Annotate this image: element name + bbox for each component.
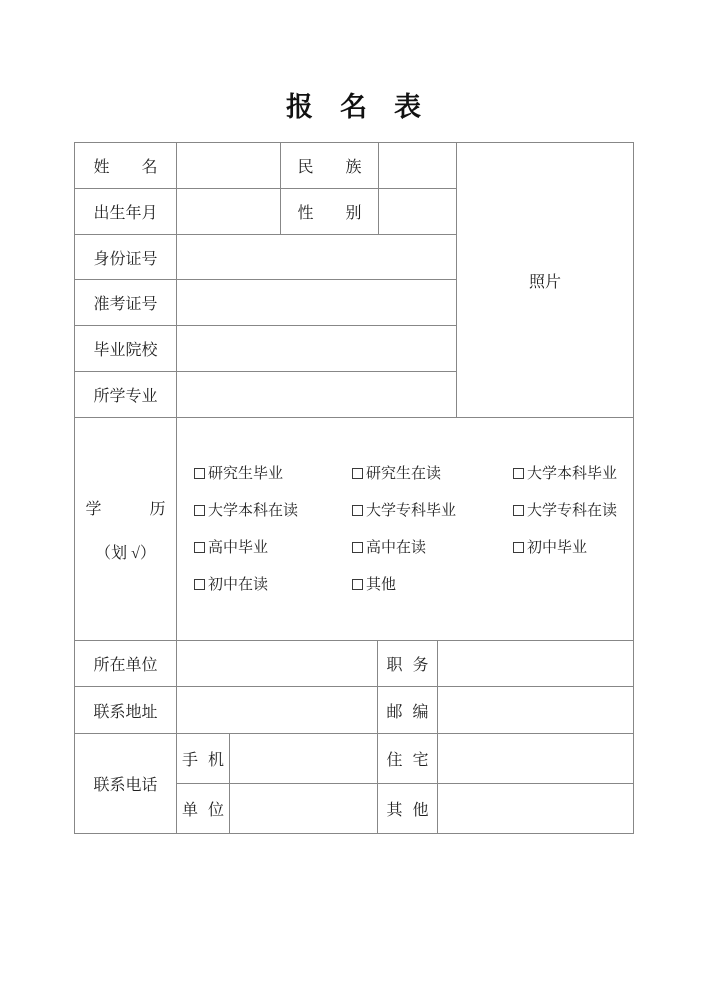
field-value-major[interactable]: [177, 372, 457, 418]
field-label-exam-number: 准考证号: [75, 280, 177, 326]
education-options-row: 初中在读 其他: [194, 577, 633, 593]
field-label-contact-phone: 联系电话: [75, 734, 177, 833]
field-label-birthdate: 出生年月: [75, 189, 177, 235]
phone-label-other: 其 他: [378, 784, 438, 833]
opt-postgrad-enrolled[interactable]: 研究生在读: [352, 466, 513, 482]
field-label-address: 联系地址: [75, 687, 177, 734]
field-label-major: 所学专业: [75, 372, 177, 418]
field-label-ethnicity: 民 族: [281, 143, 379, 189]
field-label-gender: 性 别: [281, 189, 379, 235]
opt-bachelor-enrolled[interactable]: 大学本科在读: [194, 503, 352, 519]
opt-highschool-enrolled[interactable]: 高中在读: [352, 540, 513, 556]
field-value-name[interactable]: [177, 143, 281, 189]
checkbox-icon: [352, 468, 363, 479]
phone-label-home: 住 宅: [378, 734, 438, 784]
checkbox-icon: [352, 542, 363, 553]
field-label-employer: 所在单位: [75, 641, 177, 687]
field-value-id-number[interactable]: [177, 235, 457, 280]
field-value-address[interactable]: [177, 687, 378, 734]
registration-form-page: 报 名 表 姓 名 民 族 照片 出生年月 性 别 身份证号 准考证号 毕业院校…: [0, 0, 707, 1000]
checkbox-icon: [194, 505, 205, 516]
phone-value-mobile[interactable]: [230, 734, 378, 784]
field-value-gender[interactable]: [379, 189, 457, 235]
phone-value-work[interactable]: [230, 784, 378, 833]
photo-placeholder-cell: 照片: [457, 143, 633, 418]
checkbox-icon: [194, 542, 205, 553]
opt-highschool-graduated[interactable]: 高中毕业: [194, 540, 352, 556]
field-label-name: 姓 名: [75, 143, 177, 189]
checkbox-icon: [513, 468, 524, 479]
field-value-graduate-school[interactable]: [177, 326, 457, 372]
checkbox-icon: [194, 579, 205, 590]
education-label-line1: 学 历: [85, 496, 165, 519]
opt-middleschool-enrolled[interactable]: 初中在读: [194, 577, 352, 593]
opt-middleschool-graduated[interactable]: 初中毕业: [513, 540, 633, 556]
education-label-line2: （划 √）: [95, 540, 156, 563]
education-options-row: 研究生毕业 研究生在读 大学本科毕业: [194, 466, 633, 482]
field-label-postcode: 邮 编: [378, 687, 438, 734]
photo-label: 照片: [529, 269, 561, 292]
opt-college-graduated[interactable]: 大学专科毕业: [352, 503, 513, 519]
checkbox-icon: [513, 505, 524, 516]
page-title: 报 名 表: [0, 85, 707, 124]
checkbox-icon: [352, 505, 363, 516]
field-value-birthdate[interactable]: [177, 189, 281, 235]
education-options-cell: 研究生毕业 研究生在读 大学本科毕业 大学本科在读 大学专科毕业 大学专科在读 …: [177, 418, 633, 641]
education-options-row: 高中毕业 高中在读 初中毕业: [194, 540, 633, 556]
field-value-ethnicity[interactable]: [379, 143, 457, 189]
field-label-id-number: 身份证号: [75, 235, 177, 280]
phone-label-work: 单 位: [177, 784, 230, 833]
phone-value-other[interactable]: [438, 784, 633, 833]
opt-other[interactable]: 其他: [352, 577, 513, 593]
phone-label-mobile: 手 机: [177, 734, 230, 784]
opt-bachelor-graduated[interactable]: 大学本科毕业: [513, 466, 633, 482]
field-value-exam-number[interactable]: [177, 280, 457, 326]
checkbox-icon: [513, 542, 524, 553]
form-table: 姓 名 民 族 照片 出生年月 性 别 身份证号 准考证号 毕业院校 所学专业 …: [74, 142, 634, 834]
field-label-education: 学 历 （划 √）: [75, 418, 177, 641]
checkbox-icon: [352, 579, 363, 590]
education-options-row: 大学本科在读 大学专科毕业 大学专科在读: [194, 503, 633, 519]
opt-postgrad-graduated[interactable]: 研究生毕业: [194, 466, 352, 482]
phone-value-home[interactable]: [438, 734, 633, 784]
field-value-position[interactable]: [438, 641, 633, 687]
field-label-graduate-school: 毕业院校: [75, 326, 177, 372]
field-value-postcode[interactable]: [438, 687, 633, 734]
field-label-position: 职 务: [378, 641, 438, 687]
field-value-employer[interactable]: [177, 641, 378, 687]
opt-college-enrolled[interactable]: 大学专科在读: [513, 503, 633, 519]
checkbox-icon: [194, 468, 205, 479]
